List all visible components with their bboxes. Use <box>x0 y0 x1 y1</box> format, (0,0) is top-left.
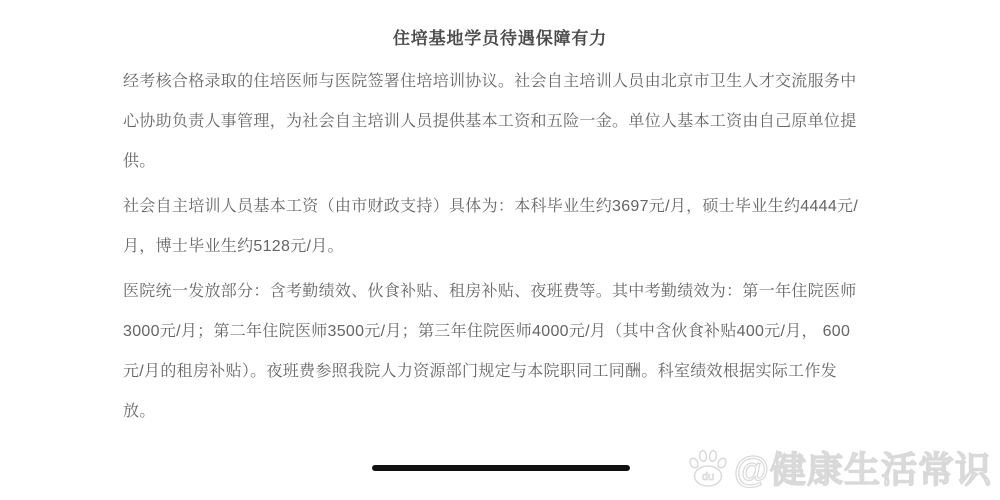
paragraph: 经考核合格录取的住培医师与医院签署住培培训协议。社会自主培训人员由北京市卫生人才… <box>123 62 875 182</box>
paragraph-line: 心协助负责人事管理，为社会自主培训人员提供基本工资和五险一金。单位人基本工资由自… <box>123 102 875 142</box>
paragraph-line: 放。 <box>123 392 875 432</box>
document-page: 住培基地学员待遇保障有力 经考核合格录取的住培医师与医院签署住培培训协议。社会自… <box>0 0 1000 500</box>
page-title: 住培基地学员待遇保障有力 <box>0 24 1000 49</box>
paragraph: 社会自主培训人员基本工资（由市财政支持）具体为：本科毕业生约3697元/月，硕士… <box>123 187 875 267</box>
paragraph-line: 医院统一发放部分：含考勤绩效、伙食补贴、租房补贴、夜班费等。其中考勤绩效为：第一… <box>123 272 875 312</box>
home-indicator-bar[interactable] <box>372 465 630 471</box>
baidu-paw-icon: du <box>686 448 730 488</box>
paragraph-line: 3000元/月；第二年住院医师3500元/月；第三年住院医师4000元/月（其中… <box>123 312 875 352</box>
paw-icon-text: du <box>702 471 714 483</box>
watermark-handle: @健康生活常识 <box>734 442 992 493</box>
paragraph-line: 经考核合格录取的住培医师与医院签署住培培训协议。社会自主培训人员由北京市卫生人才… <box>123 62 875 102</box>
paragraph-line: 元/月的租房补贴）。夜班费参照我院人力资源部门规定与本院职同工同酬。科室绩效根据… <box>123 352 875 392</box>
paragraph-line: 月，博士毕业生约5128元/月。 <box>123 227 875 267</box>
paragraph-line: 供。 <box>123 142 875 182</box>
watermark: du @健康生活常识 <box>686 442 992 493</box>
paragraph: 医院统一发放部分：含考勤绩效、伙食补贴、租房补贴、夜班费等。其中考勤绩效为：第一… <box>123 272 875 432</box>
paragraph-line: 社会自主培训人员基本工资（由市财政支持）具体为：本科毕业生约3697元/月，硕士… <box>123 187 875 227</box>
article-body: 经考核合格录取的住培医师与医院签署住培培训协议。社会自主培训人员由北京市卫生人才… <box>123 62 875 437</box>
